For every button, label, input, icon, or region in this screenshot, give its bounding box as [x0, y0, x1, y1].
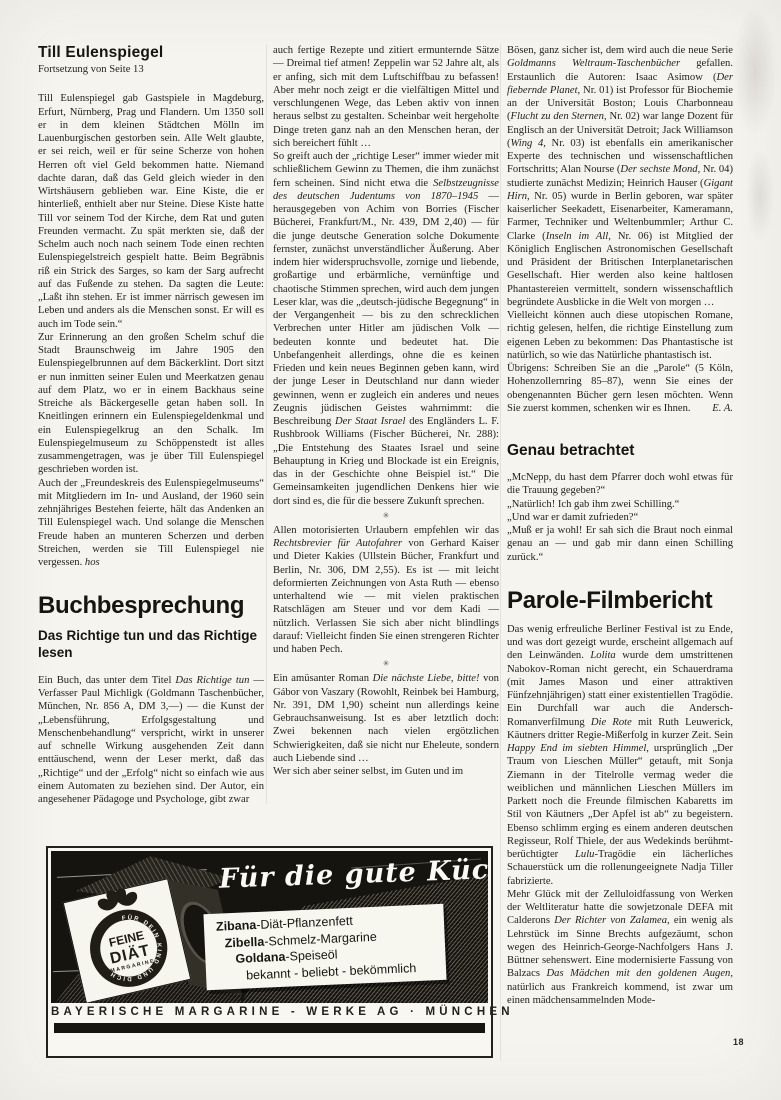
- column-1: Till Eulenspiegel Fortsetzung von Seite …: [38, 44, 264, 844]
- article-title-till-eulenspiegel: Till Eulenspiegel: [38, 44, 264, 61]
- brand-name: Zibana: [216, 918, 257, 934]
- column-2: auch fertige Rezepte und zitiert ermunte…: [273, 44, 499, 844]
- scan-smudge: [733, 6, 777, 136]
- paragraph: Auch der „Freundeskreis des Eulenspiegel…: [38, 477, 264, 570]
- product-rest: -Diät-Pflanzenfett: [256, 914, 353, 932]
- ad-product-panel: Zibana-Diät-Pflanzenfett Zibella-Schmelz…: [203, 904, 446, 990]
- paragraph: auch fertige Rezepte und zitiert ermunte…: [273, 44, 499, 150]
- scan-smudge: [746, 148, 774, 243]
- section-title-genau-betrachtet: Genau betrachtet: [507, 442, 733, 459]
- paragraph: Übrigens: Schreiben Sie an die „Parole“ …: [507, 362, 733, 415]
- margarine-advertisement: FÜR DEIN KIND UND DICH FEINE DIÄT MARGAR…: [46, 846, 493, 1058]
- paragraph: Allen motorisierten Urlaubern empfehlen …: [273, 524, 499, 657]
- dialog-line: „McNepp, du hast dem Pfarrer doch wohl e…: [507, 471, 733, 498]
- paragraph: Mehr Glück mit der Zelluloidfassung von …: [507, 888, 733, 1007]
- paragraph-separator-ornament: ✳: [273, 659, 499, 669]
- box-front-face: FÜR DEIN KIND UND DICH FEINE DIÄT MARGAR…: [63, 878, 192, 1003]
- column-rule: [266, 44, 267, 804]
- paragraph: Ein amüsanter Roman Die nächste Liebe, b…: [273, 672, 499, 765]
- review-subtitle: Das Richtige tun und das Richtige lesen: [38, 628, 264, 660]
- paragraph: Zur Erinnerung an den großen Schelm schu…: [38, 331, 264, 477]
- continuation-note: Fortsetzung von Seite 13: [38, 63, 264, 76]
- magazine-page: Till Eulenspiegel Fortsetzung von Seite …: [0, 0, 781, 1100]
- brand-name: Zibella: [224, 934, 264, 950]
- paragraph-separator-ornament: ✳: [273, 511, 499, 521]
- paragraph: Till Eulenspiegel gab Gastspiele in Magd…: [38, 92, 264, 331]
- ad-company-line: BAYERISCHE MARGARINE - WERKE AG · MÜNCHE…: [51, 1006, 488, 1022]
- paragraph: Wer sich aber seiner selbst, im Guten un…: [273, 765, 499, 778]
- product-rest: -Schmelz-Margarine: [264, 929, 377, 948]
- dialog-line: „Und war er damit zufrieden?“: [507, 511, 733, 524]
- section-title-parole-filmbericht: Parole-Filmbericht: [507, 588, 733, 613]
- feine-diaet-badge: FÜR DEIN KIND UND DICH FEINE DIÄT MARGAR…: [69, 878, 185, 1003]
- ad-artwork: FÜR DEIN KIND UND DICH FEINE DIÄT MARGAR…: [51, 851, 488, 1003]
- column-rule: [500, 44, 501, 1060]
- paragraph: Vielleicht können auch diese utopischen …: [507, 309, 733, 362]
- dialog-line: „Muß er ja wohl! Er sah sich die Braut n…: [507, 524, 733, 564]
- page-number: 18: [733, 1037, 744, 1047]
- paragraph: Ein Buch, das unter dem Titel Das Richti…: [38, 674, 264, 807]
- dialog-line: „Natürlich! Ich gab ihm zwei Schilling.“: [507, 498, 733, 511]
- brand-name: Goldana: [235, 950, 286, 966]
- ad-black-bar: [54, 1023, 485, 1033]
- product-rest: -Speiseöl: [285, 947, 338, 963]
- column-3: Bösen, ganz sicher ist, dem wird auch di…: [507, 44, 733, 1064]
- paragraph: Das wenig erfreuliche Berliner Festival …: [507, 623, 733, 888]
- paragraph: So greift auch der „richtige Leser“ imme…: [273, 150, 499, 508]
- paragraph: Bösen, ganz sicher ist, dem wird auch di…: [507, 44, 733, 309]
- section-title-buchbesprechung: Buchbesprechung: [38, 593, 264, 618]
